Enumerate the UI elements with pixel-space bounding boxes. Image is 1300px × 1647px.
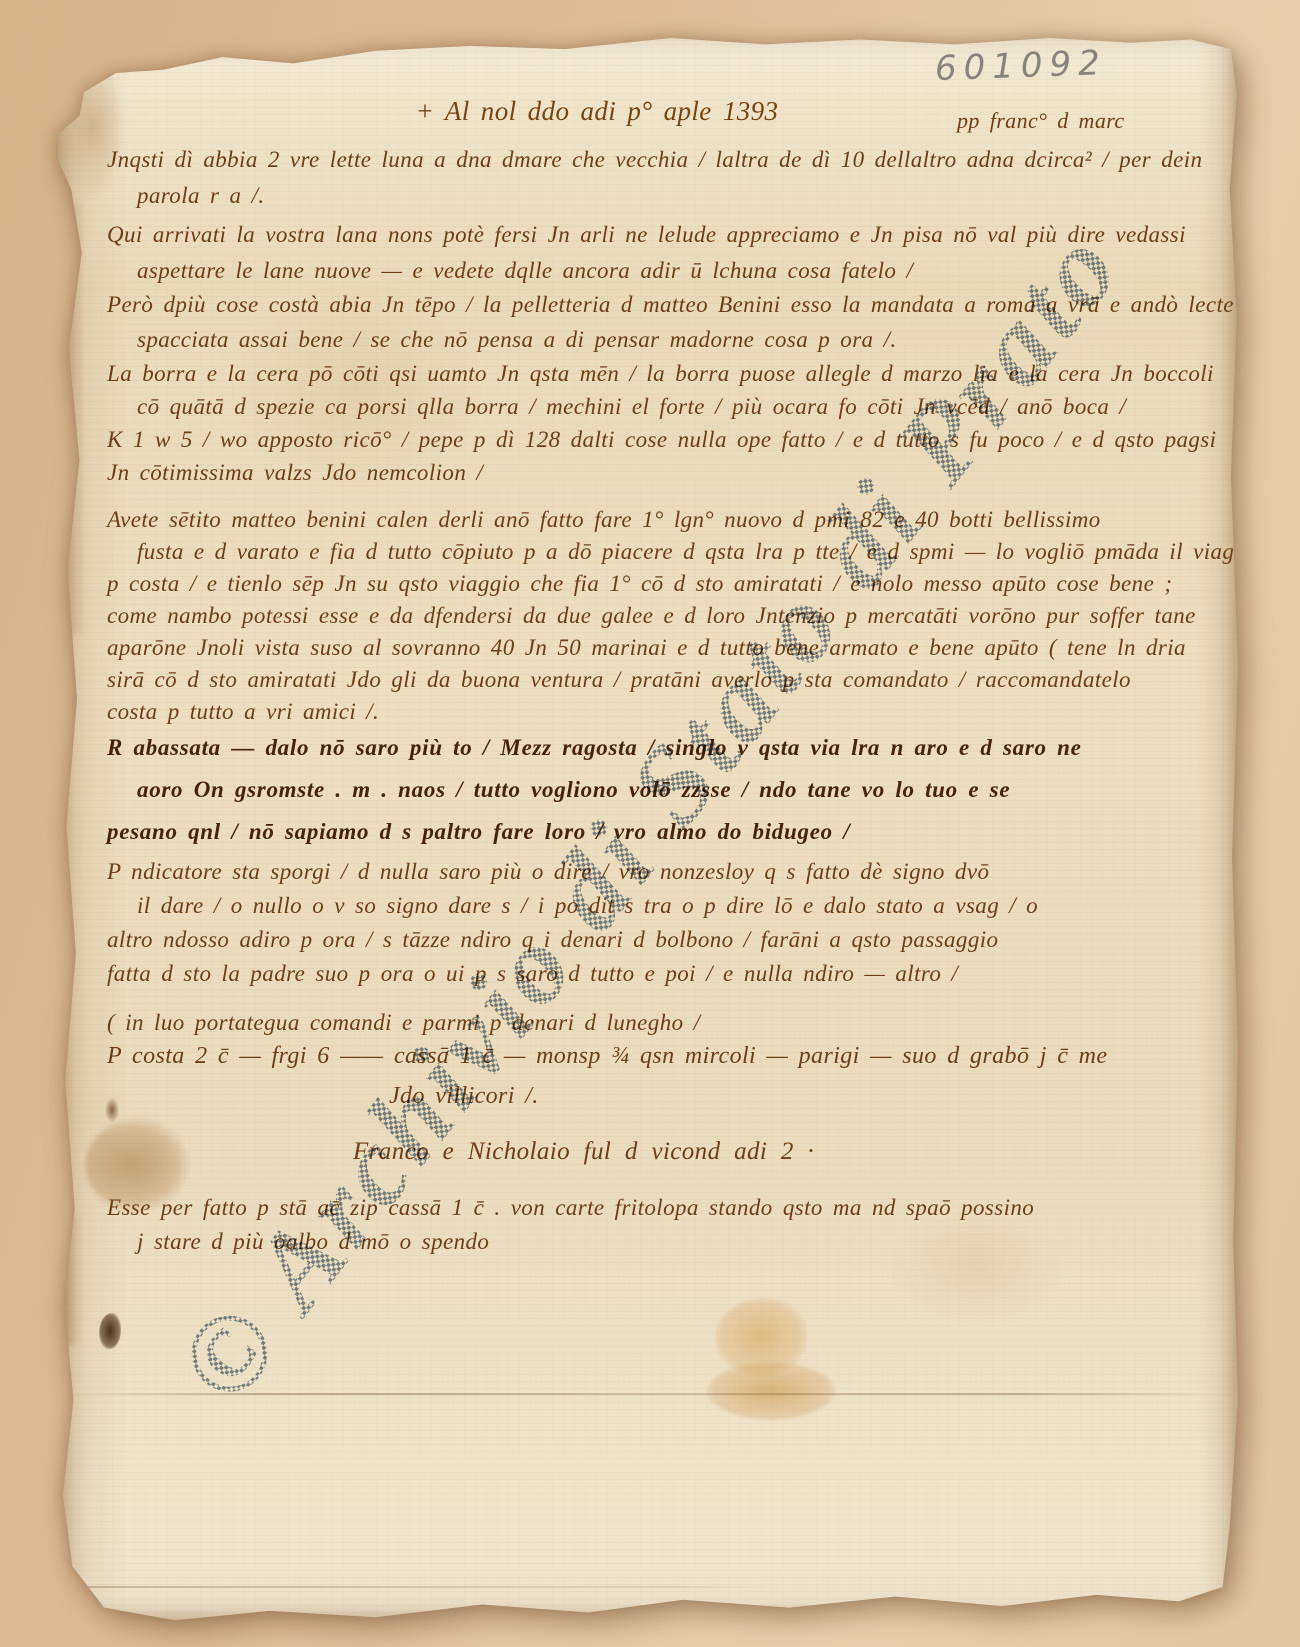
manuscript-line: ( in luo portategua comandi e parmi p de… <box>107 1008 700 1038</box>
manuscript-line: parola r a /. <box>107 178 1202 214</box>
fold-crease <box>57 1393 1238 1395</box>
manuscript-line: pesano qnl / nō sapiamo d s paltro fare … <box>107 811 1082 853</box>
manuscript-line: cō quātā d spezie ca porsi qlla borra / … <box>107 390 1216 423</box>
manuscript-line: Jdo villicori /. <box>107 1076 1107 1116</box>
manuscript-page: 601092 + Al nol ddo adi p° aple 1393 pp … <box>57 30 1238 1622</box>
manuscript-paragraph: La borra e la cera pō cōti qsi uamto Jn … <box>107 357 1216 489</box>
manuscript-paragraph: ( in luo portategua comandi e parmi p de… <box>107 1008 700 1038</box>
manuscript-line: Jnqsti dì abbia 2 vre lette luna a dna d… <box>107 142 1202 178</box>
fold-crease-bottom <box>57 1586 789 1588</box>
manuscript-line: P ndicatore sta sporgi / d nulla saro pi… <box>107 855 1038 889</box>
dateline: + Al nol ddo adi p° aple 1393 <box>357 96 837 127</box>
manuscript-paragraph-dark-ink: R abassata — dalo nō saro più to / Mezz … <box>107 727 1082 853</box>
manuscript-paragraph: Jnqsti dì abbia 2 vre lette luna a dna d… <box>107 142 1202 214</box>
manuscript-line: spacciata assai bene / se che nō pensa a… <box>107 322 1238 357</box>
manuscript-line: p costa / e tienlo sēp Jn su qsto viaggi… <box>107 568 1238 600</box>
manuscript-paragraph: Avete sētito matteo benini calen derli a… <box>107 504 1238 728</box>
manuscript-line: Esse per fatto p stā ac̄ zip cassā 1 c̄ … <box>107 1191 1034 1225</box>
manuscript-line: j stare d più oalbo d mō o spendo <box>107 1225 1034 1259</box>
bottom-stain-lower <box>707 1362 835 1420</box>
manuscript-line: aparōne Jnoli vista suso al sovranno 40 … <box>107 632 1238 664</box>
archive-number-pencil: 601092 <box>934 43 1107 89</box>
manuscript-line: K 1 w 5 / wo apposto ricō° / pepe p dì 1… <box>107 423 1216 456</box>
left-edge-stain <box>57 205 85 635</box>
manuscript-line: fatta d sto la padre suo p ora o ui p s … <box>107 957 1038 991</box>
manuscript-line: sirā cō d sto amiratati Jdo gli da buona… <box>107 664 1238 696</box>
docket-note: pp franc° d marc <box>957 108 1125 134</box>
left-edge-stain-lower <box>57 1215 81 1345</box>
manuscript-paragraph: P costa 2 c̄ — frgi 6 —— cassā 1 c̄ — mo… <box>107 1036 1107 1116</box>
address-line: Franco e Nicholaio ful d vicond adi 2 · <box>353 1138 814 1166</box>
manuscript-line: il dare / o nullo o v so signo dare s / … <box>107 889 1038 923</box>
manuscript-paragraph: Qui arrivati la vostra lana nons potè fe… <box>107 217 1186 289</box>
manuscript-line: fusta e d varato e fia d tutto cōpiuto p… <box>107 536 1238 568</box>
manuscript-paragraph-postscript: Esse per fatto p stā ac̄ zip cassā 1 c̄ … <box>107 1191 1034 1259</box>
manuscript-line: Avete sētito matteo benini calen derli a… <box>107 504 1238 536</box>
manuscript-paragraph: P ndicatore sta sporgi / d nulla saro pi… <box>107 855 1038 991</box>
manuscript-line: altro ndosso adiro p ora / s tāzze ndiro… <box>107 923 1038 957</box>
manuscript-paragraph: Però dpiù cose costà abia Jn tēpo / la p… <box>107 287 1238 357</box>
manuscript-line: aoro On gsromste . m . naos / tutto vogl… <box>107 769 1082 811</box>
scanned-manuscript: { "colors":{ "mat":"#ddbb95","paper":"#e… <box>0 0 1300 1647</box>
manuscript-line: come nambo potessi esse e da dfendersi d… <box>107 600 1238 632</box>
manuscript-line: P costa 2 c̄ — frgi 6 —— cassā 1 c̄ — mo… <box>107 1036 1107 1076</box>
ink-blot <box>99 1313 121 1349</box>
bottom-stain-upper <box>715 1298 807 1376</box>
manuscript-line: costa p tutto a vri amici /. <box>107 696 1238 728</box>
manuscript-line: Jn cōtimissima valzs Jdo nemcolion / <box>107 456 1216 489</box>
manuscript-line: Però dpiù cose costà abia Jn tēpo / la p… <box>107 287 1238 322</box>
manuscript-page-wrap: 601092 + Al nol ddo adi p° aple 1393 pp … <box>57 30 1238 1622</box>
manuscript-line: La borra e la cera pō cōti qsi uamto Jn … <box>107 357 1216 390</box>
manuscript-line: Qui arrivati la vostra lana nons potè fe… <box>107 217 1186 253</box>
manuscript-line: aspettare le lane nuove — e vedete dqlle… <box>107 253 1186 289</box>
manuscript-line: R abassata — dalo nō saro più to / Mezz … <box>107 727 1082 769</box>
